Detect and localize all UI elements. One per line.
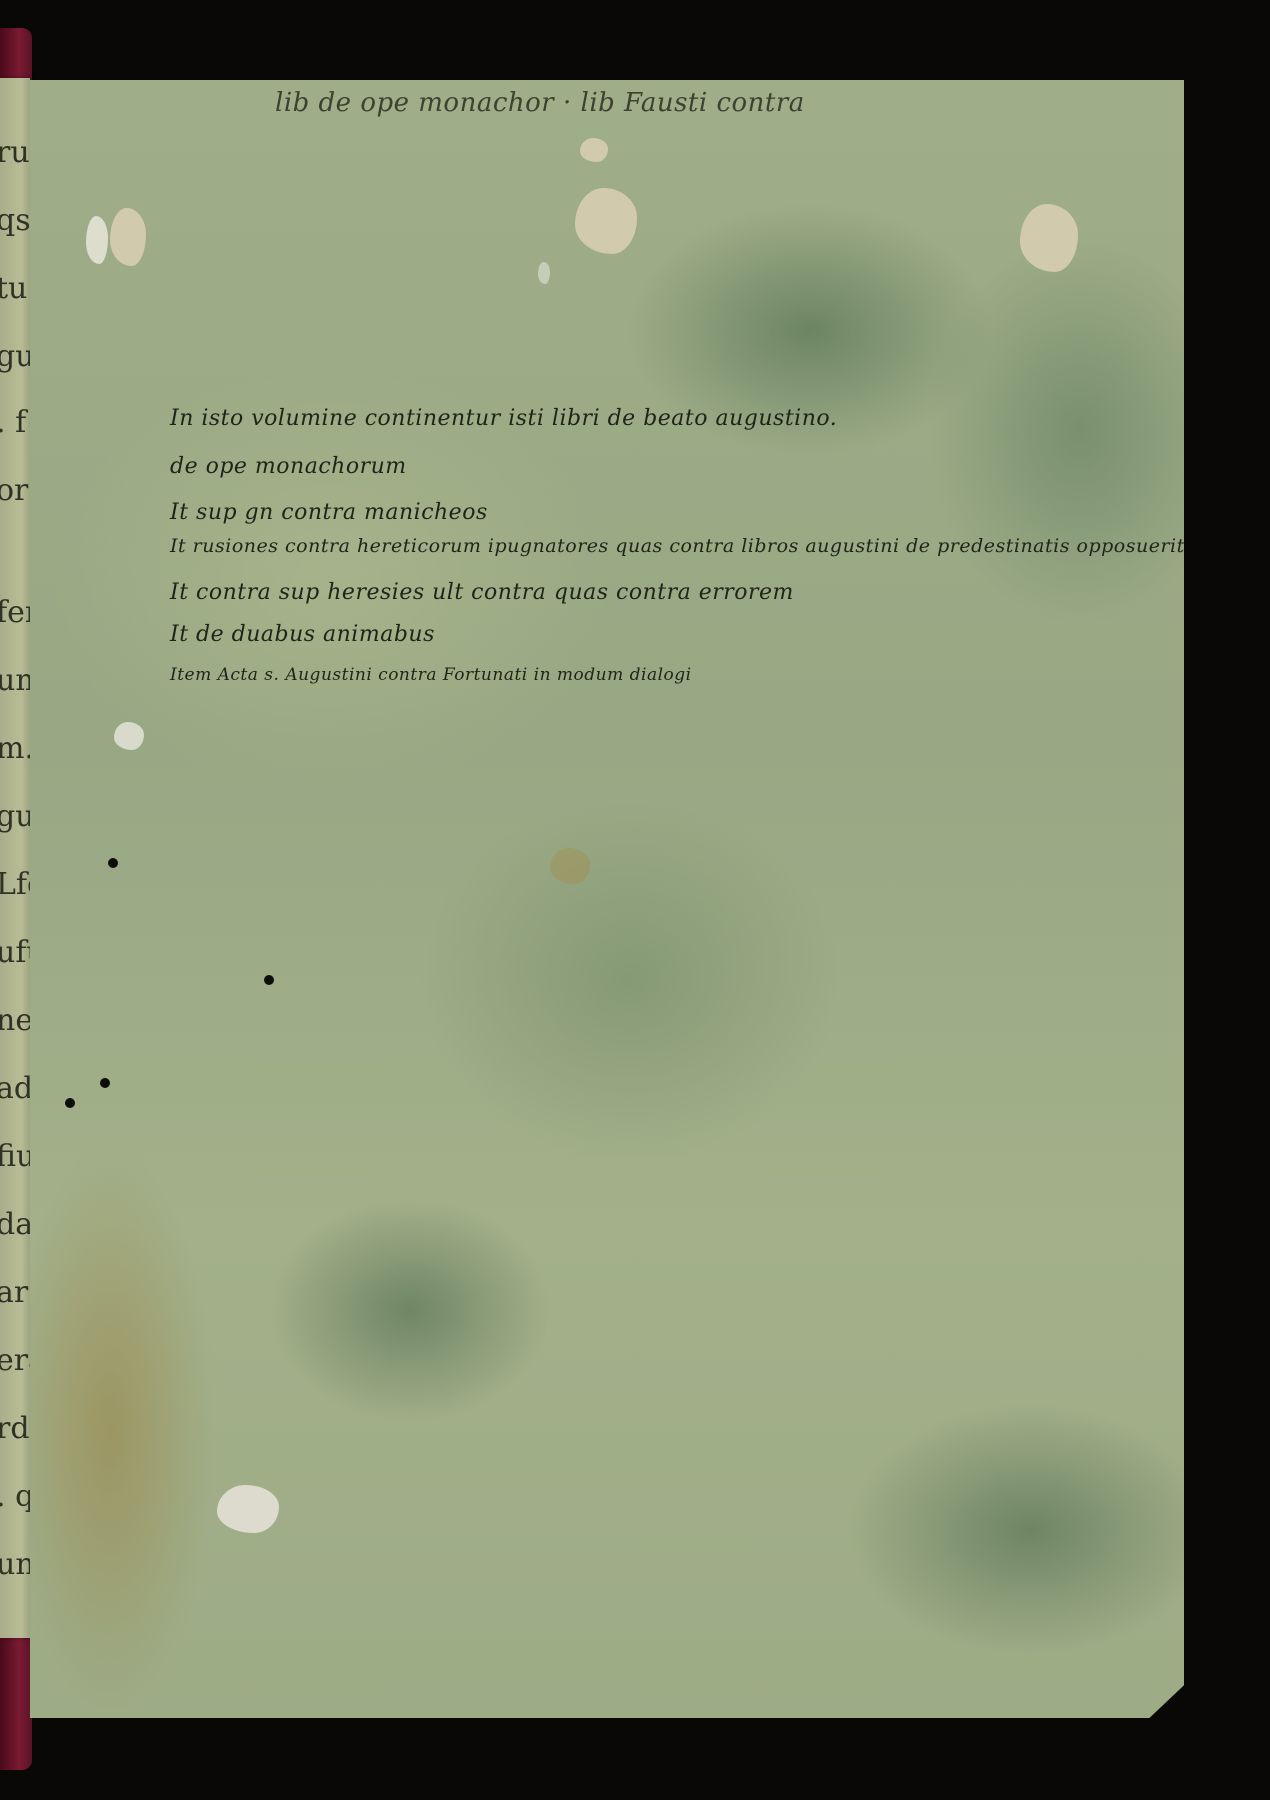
prev-text-fragment: adu (0, 1074, 30, 1104)
prev-text-fragment: ufu (0, 938, 30, 968)
prev-text-fragment: gu (0, 342, 30, 372)
prev-text-fragment: rdeu (0, 1414, 30, 1444)
prev-text-fragment: fer (0, 598, 30, 628)
prev-text-fragment: m. (0, 734, 30, 764)
binding-velvet-bottom (0, 1620, 32, 1770)
contents-line-3: It sup gn contra manicheos (170, 500, 488, 525)
parchment-damage (538, 262, 550, 284)
contents-line-5: It contra sup heresies ult contra quas c… (170, 580, 794, 605)
parchment-damage (86, 216, 108, 264)
manuscript-page: lib de ope monachor · lib Fausti contra … (30, 80, 1184, 1718)
prev-text-fragment: erau (0, 1346, 30, 1376)
contents-line-7: Item Acta s. Augustini contra Fortunati … (170, 665, 692, 685)
ink-dot (65, 1098, 75, 1108)
parchment-damage (575, 188, 637, 254)
parchment-damage (110, 208, 146, 266)
parchment-damage (114, 722, 144, 750)
running-header: lib de ope monachor · lib Fausti contra (275, 88, 805, 118)
contents-line-4: It rusiones contra hereticorum ipugnator… (170, 535, 1185, 557)
parchment-damage (217, 1485, 279, 1533)
prev-text-fragment: Lfc (0, 870, 30, 900)
ink-dot (264, 975, 274, 985)
prev-text-fragment: ne. (0, 1006, 30, 1036)
contents-line-1: In isto volumine continentur isti libri … (170, 406, 837, 431)
prev-text-fragment: um (0, 666, 30, 696)
contents-line-2: de ope monachorum (170, 454, 407, 479)
parchment-damage (1020, 204, 1078, 272)
prev-text-fragment: gu (0, 802, 30, 832)
prev-text-fragment: fiuc (0, 1142, 30, 1172)
prev-text-fragment: . f (0, 408, 26, 438)
prev-text-fragment: tu (0, 274, 27, 304)
prev-text-fragment: dao (0, 1210, 30, 1240)
previous-page-edge: ru qs tu gu . f or fer um m. gu Lfc ufu … (0, 78, 30, 1638)
prev-text-fragment: . que (0, 1482, 30, 1512)
prev-text-fragment: qs (0, 206, 30, 236)
prev-text-fragment: unt bo (0, 1550, 30, 1580)
ink-dot (100, 1078, 110, 1088)
ink-dot (108, 858, 118, 868)
prev-text-fragment: or (0, 476, 28, 506)
prev-text-fragment: ar ex (0, 1278, 30, 1308)
parchment-damage (580, 138, 608, 162)
prev-text-fragment: ru (0, 138, 30, 168)
contents-line-6: It de duabus animabus (170, 622, 435, 647)
rust-stain (550, 848, 590, 884)
